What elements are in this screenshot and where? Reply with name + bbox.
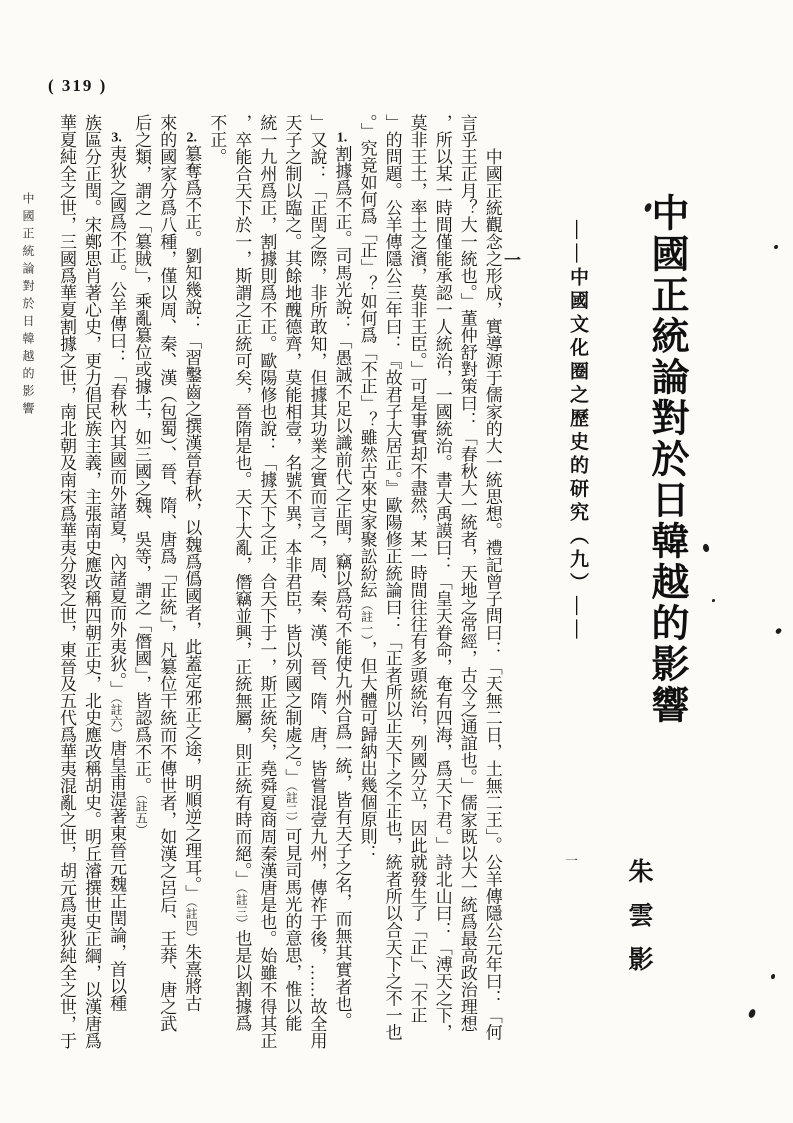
text-column: 。」究竟如何爲「正」？如何爲「不正」？雖然古來史家聚訟紛紜（註一），但大體可歸納… [357, 114, 377, 1054]
text-column: ，卒能合天下於一，斯謂之正統可矣，晉隋是也。天下大亂，僭竊並興，正統無屬，則正統… [231, 114, 251, 1054]
note-reference: （註三） [234, 888, 248, 930]
ink-speck [712, 599, 715, 602]
note-reference: （註四） [184, 902, 198, 944]
ink-speck [774, 245, 778, 249]
section-number: 一 [504, 246, 521, 271]
scanned-document-page: ( 319 ) 中國正統論對於日韓越的影響 中國正統論對於日韓越的影響 ——中國… [0, 0, 793, 1123]
text-column: 統一九州爲正，割據則爲不正。歐陽修也說：「據天下之正，合天下于一，斯正統矣，堯舜… [256, 114, 276, 1054]
text-column: 天子之制以臨之。其餘地醜德齊，莫能相壹，名號不異，本非君臣，皆以列國之制處之。」… [281, 114, 301, 1054]
ink-speck [702, 543, 711, 553]
ink-speck [748, 1008, 756, 1018]
ink-speck [771, 974, 775, 979]
text-column: 華夏純全之世，三國爲華夏割據之世，南北朝及南宋爲華夷分裂之世，東晉及五代爲華夷混… [56, 114, 76, 1054]
list-number: 2. [184, 131, 199, 145]
text-column: 2.簒奪爲不正。劉知幾說：「習鑿齒之撰漢晉春秋，以魏爲僞國者，此蓋定邪正之途，明… [181, 114, 201, 1054]
note-reference: （註一） [360, 599, 374, 641]
text-column: 后之類，謂之「簒賊」，乘亂簒位或據土，如三國之魏、吳等，謂之「僭國」，皆認爲不正… [131, 114, 151, 1054]
page-number-top: ( 319 ) [48, 76, 107, 96]
text-column: 1.割據爲不正。司馬光說：「愚誠不足以識前代之正閏，竊以爲苟不能使九州合爲一統，… [332, 114, 352, 1054]
text-column: 莫非王土，率土之濱，莫非王臣。」可是事實却不盡然，某一時間往往有多頭統治，列國分… [407, 114, 427, 1054]
article-subtitle: ——中國文化圈之歷史的研究（九）—— [564, 220, 591, 670]
text-column: 來的國家分爲八種，僅以周、秦、漢（包蜀）、晉、隋、唐爲「正統」，凡簒位干統而不傳… [156, 114, 176, 1054]
note-reference: （註二） [284, 786, 298, 828]
text-column: ，所以某一時間僅能承認一人統治，一國統治。書大禹謨曰：「皇天眷命，奄有四海，爲天… [432, 114, 452, 1054]
text-column: 不正。 [206, 114, 226, 1054]
text-column: 言乎王正月？大一統也。」董仲舒對策曰：「春秋大一統者，天地之常經，古今之通誼也。… [457, 114, 477, 1054]
text-column: 」又說：「正閏之際，非所敢知，但據其功業之實而言之，周、秦、漢、晉、隋、唐，皆嘗… [306, 114, 326, 1054]
page-number-bottom: 一 [565, 850, 578, 869]
body-text-columns: 中國正統觀念之形成，實導源于儒家的大一統思想。禮記曾子問曰：「天無二日，土無二王… [56, 114, 502, 1054]
note-reference: （註五） [134, 794, 148, 836]
author-name: 朱雲影 [620, 858, 656, 1018]
ink-speck [775, 627, 782, 635]
list-number: 1. [335, 131, 350, 145]
running-title: 中國正統論對於日韓越的影響 [20, 192, 37, 452]
article-title: 中國正統論對於日韓越的影響 [639, 193, 694, 753]
note-reference: （註六） [109, 698, 123, 740]
list-number: 3. [109, 131, 124, 145]
text-column: 」的問題。公羊傳隱公三年曰：『故君子大居正。』歐陽修正統論曰：「正者所以正天下之… [382, 114, 402, 1054]
text-column: 中國正統觀念之形成，實導源于儒家的大一統思想。禮記曾子問曰：「天無二日，土無二王… [482, 114, 502, 1054]
text-column: 族區分正閏。宋鄭思肖著心史，更力倡民族主義，主張南史應改稱四朝正史，北史應改稱胡… [81, 114, 101, 1054]
text-column: 3.夷狄之國爲不正。公羊傳曰：「春秋內其國而外諸夏，內諸夏而外夷狄。」（註六）唐… [106, 114, 126, 1054]
